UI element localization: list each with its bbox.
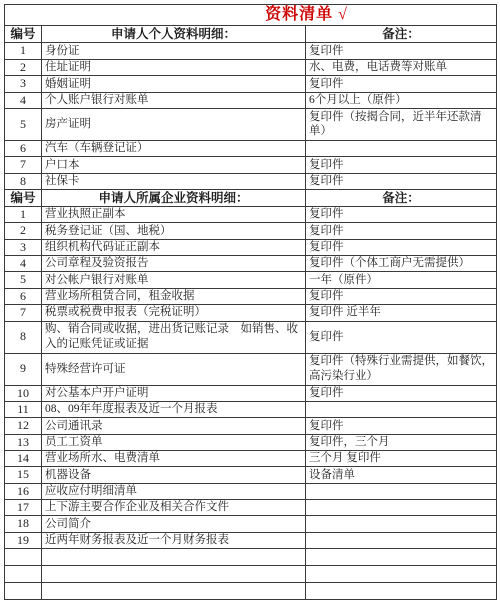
- row-number-cell: 18: [5, 516, 42, 532]
- note-cell: 复印件: [306, 418, 497, 434]
- item-cell: 住址证明: [42, 59, 306, 75]
- item-cell: 个人账户银行对账单: [42, 92, 306, 108]
- item-cell: 汽车（车辆登记证）: [42, 140, 306, 156]
- row-number-cell: 1: [5, 43, 42, 59]
- table-row: 1108、09年年度报表及近一个月报表: [5, 401, 497, 417]
- col-header-number: 编号: [5, 26, 42, 43]
- row-number-cell: 10: [5, 385, 42, 401]
- item-cell: 应收应付明细清单: [42, 483, 306, 499]
- row-number-cell: 16: [5, 483, 42, 499]
- note-cell: 复印件: [306, 43, 497, 59]
- section1-header-row: 编号申请人个人资料明细：备注：: [5, 26, 497, 43]
- note-cell: [306, 516, 497, 532]
- row-number-cell: [5, 583, 42, 600]
- item-cell: 近两年财务报表及近一个月财务报表: [42, 532, 306, 548]
- col-header-item: 申请人所属企业资料明细：: [42, 189, 306, 206]
- col-header-item: 申请人个人资料明细：: [42, 26, 306, 43]
- note-cell: [306, 532, 497, 548]
- blank-row: [5, 583, 497, 600]
- table-row: 8购、销合同或收据，进出货记账记录 如销售、收入的记账凭证或证据复印件: [5, 321, 497, 353]
- col-header-note: 备注：: [306, 26, 497, 43]
- note-cell: [306, 549, 497, 566]
- table-row: 16应收应付明细清单: [5, 483, 497, 499]
- row-number-cell: 6: [5, 288, 42, 304]
- note-cell: 复印件（按揭合同，近半年还款清单）: [306, 108, 497, 140]
- row-number-cell: 2: [5, 59, 42, 75]
- row-number-cell: 3: [5, 76, 42, 92]
- item-cell: 购、销合同或收据，进出货记账记录 如销售、收入的记账凭证或证据: [42, 321, 306, 353]
- col-header-number: 编号: [5, 189, 42, 206]
- item-cell: 户口本: [42, 157, 306, 173]
- table-row: 12公司通讯录复印件: [5, 418, 497, 434]
- row-number-cell: 13: [5, 434, 42, 450]
- table-row: 17上下游主要合作企业及相关合作文件: [5, 500, 497, 516]
- note-cell: 复印件 近半年: [306, 305, 497, 321]
- table-row: 6汽车（车辆登记证）: [5, 140, 497, 156]
- blank-row: [5, 566, 497, 583]
- row-number-cell: 17: [5, 500, 42, 516]
- row-number-cell: 19: [5, 532, 42, 548]
- item-cell: 社保卡: [42, 173, 306, 189]
- note-cell: [306, 140, 497, 156]
- table-row: 13员工工资单复印件，三个月: [5, 434, 497, 450]
- item-cell: 营业执照正副本: [42, 206, 306, 222]
- note-cell: 复印件: [306, 321, 497, 353]
- note-cell: 复印件: [306, 223, 497, 239]
- blank-row: [5, 549, 497, 566]
- note-cell: [306, 483, 497, 499]
- item-cell: [42, 583, 306, 600]
- item-cell: [42, 566, 306, 583]
- row-number-cell: 2: [5, 223, 42, 239]
- item-cell: 对公基本户开户证明: [42, 385, 306, 401]
- table-row: 4公司章程及验资报告复印件（个体工商户无需提供）: [5, 256, 497, 272]
- row-number-cell: 4: [5, 256, 42, 272]
- note-cell: 复印件: [306, 157, 497, 173]
- table-row: 15机器设备设备清单: [5, 467, 497, 483]
- table-row: 5房产证明复印件（按揭合同，近半年还款清单）: [5, 108, 497, 140]
- note-cell: 复印件，三个月: [306, 434, 497, 450]
- note-cell: 三个月 复印件: [306, 450, 497, 466]
- item-cell: 员工工资单: [42, 434, 306, 450]
- note-cell: 复印件: [306, 76, 497, 92]
- checklist-table-body: 资料清单 √ 编号申请人个人资料明细：备注：1身份证复印件2住址证明水、电费，电…: [5, 5, 497, 600]
- row-number-cell: [5, 566, 42, 583]
- table-row: 7户口本复印件: [5, 157, 497, 173]
- note-cell: [306, 401, 497, 417]
- note-cell: 复印件: [306, 173, 497, 189]
- item-cell: 08、09年年度报表及近一个月报表: [42, 401, 306, 417]
- note-cell: [306, 566, 497, 583]
- note-cell: 6个月以上（原件）: [306, 92, 497, 108]
- row-number-cell: 5: [5, 272, 42, 288]
- row-number-cell: 11: [5, 401, 42, 417]
- item-cell: 组织机构代码证正副本: [42, 239, 306, 255]
- note-cell: 水、电费，电话费等对账单: [306, 59, 497, 75]
- table-row: 14营业场所水、电费清单三个月 复印件: [5, 450, 497, 466]
- table-row: 10对公基本户开户证明复印件: [5, 385, 497, 401]
- page-title: 资料清单 √: [5, 5, 497, 26]
- item-cell: 身份证: [42, 43, 306, 59]
- table-row: 2住址证明水、电费，电话费等对账单: [5, 59, 497, 75]
- item-cell: 营业场所水、电费清单: [42, 450, 306, 466]
- item-cell: 税务登记证（国、地税）: [42, 223, 306, 239]
- section2-header-row: 编号申请人所属企业资料明细：备注：: [5, 189, 497, 206]
- checklist-table: 资料清单 √ 编号申请人个人资料明细：备注：1身份证复印件2住址证明水、电费，电…: [4, 4, 497, 600]
- row-number-cell: 6: [5, 140, 42, 156]
- note-cell: 复印件: [306, 206, 497, 222]
- row-number-cell: 8: [5, 173, 42, 189]
- item-cell: 婚姻证明: [42, 76, 306, 92]
- row-number-cell: 12: [5, 418, 42, 434]
- table-row: 9特殊经营许可证复印件（特殊行业需提供，如餐饮，高污染行业）: [5, 353, 497, 385]
- note-cell: 复印件: [306, 288, 497, 304]
- item-cell: 特殊经营许可证: [42, 353, 306, 385]
- item-cell: 机器设备: [42, 467, 306, 483]
- table-row: 8社保卡复印件: [5, 173, 497, 189]
- title-row: 资料清单 √: [5, 5, 497, 26]
- table-row: 1身份证复印件: [5, 43, 497, 59]
- item-cell: 营业场所租赁合同，租金收据: [42, 288, 306, 304]
- table-row: 4个人账户银行对账单6个月以上（原件）: [5, 92, 497, 108]
- note-cell: 复印件: [306, 239, 497, 255]
- note-cell: 设备清单: [306, 467, 497, 483]
- table-row: 5对公帐户银行对账单一年（原件）: [5, 272, 497, 288]
- item-cell: [42, 549, 306, 566]
- item-cell: 公司章程及验资报告: [42, 256, 306, 272]
- table-row: 3婚姻证明复印件: [5, 76, 497, 92]
- item-cell: 税票或税费申报表（完税证明）: [42, 305, 306, 321]
- table-row: 2税务登记证（国、地税）复印件: [5, 223, 497, 239]
- table-row: 7税票或税费申报表（完税证明）复印件 近半年: [5, 305, 497, 321]
- row-number-cell: 14: [5, 450, 42, 466]
- note-cell: 复印件: [306, 385, 497, 401]
- note-cell: [306, 583, 497, 600]
- row-number-cell: [5, 549, 42, 566]
- item-cell: 公司通讯录: [42, 418, 306, 434]
- note-cell: 一年（原件）: [306, 272, 497, 288]
- note-cell: [306, 500, 497, 516]
- row-number-cell: 5: [5, 108, 42, 140]
- table-row: 3组织机构代码证正副本复印件: [5, 239, 497, 255]
- row-number-cell: 7: [5, 305, 42, 321]
- row-number-cell: 7: [5, 157, 42, 173]
- row-number-cell: 3: [5, 239, 42, 255]
- table-row: 18公司简介: [5, 516, 497, 532]
- row-number-cell: 9: [5, 353, 42, 385]
- note-cell: 复印件（个体工商户无需提供）: [306, 256, 497, 272]
- row-number-cell: 8: [5, 321, 42, 353]
- row-number-cell: 4: [5, 92, 42, 108]
- table-row: 19近两年财务报表及近一个月财务报表: [5, 532, 497, 548]
- table-row: 6营业场所租赁合同，租金收据复印件: [5, 288, 497, 304]
- note-cell: 复印件（特殊行业需提供，如餐饮，高污染行业）: [306, 353, 497, 385]
- row-number-cell: 15: [5, 467, 42, 483]
- item-cell: 公司简介: [42, 516, 306, 532]
- col-header-note: 备注：: [306, 189, 497, 206]
- row-number-cell: 1: [5, 206, 42, 222]
- item-cell: 上下游主要合作企业及相关合作文件: [42, 500, 306, 516]
- table-row: 1营业执照正副本复印件: [5, 206, 497, 222]
- item-cell: 对公帐户银行对账单: [42, 272, 306, 288]
- item-cell: 房产证明: [42, 108, 306, 140]
